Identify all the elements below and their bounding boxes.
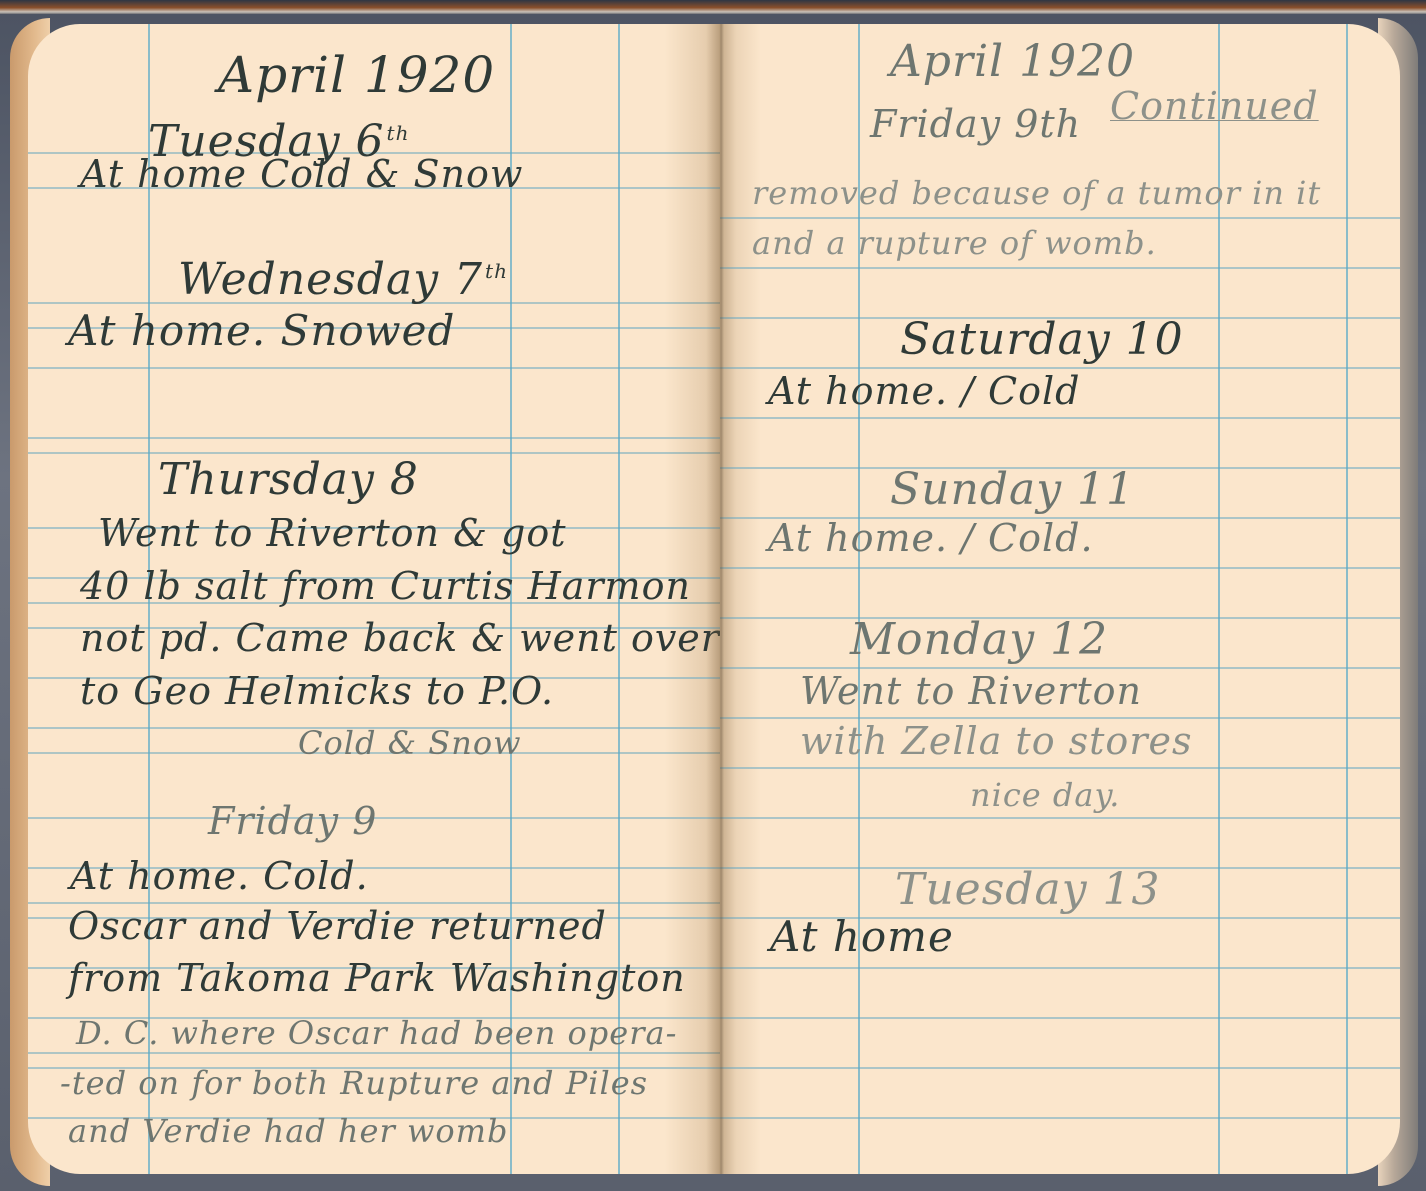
entry-day-heading: Sunday 11: [890, 464, 1135, 515]
ruled-line: [720, 1017, 1400, 1019]
top-edge: [0, 0, 1426, 14]
ruled-line: [28, 367, 720, 369]
page-header: April 1920: [890, 36, 1135, 87]
entry-text: Went to Riverton: [800, 669, 1142, 713]
entry-text: At home. / Cold.: [768, 516, 1094, 560]
entry-day-heading: Monday 12: [850, 614, 1108, 665]
ruled-line: [720, 967, 1400, 969]
entry-text: and a rupture of womb.: [752, 224, 1157, 262]
right-page: April 1920 Friday 9th Continued removed …: [720, 24, 1400, 1174]
ruled-line: [28, 437, 720, 439]
entry-text: with Zella to stores: [800, 719, 1192, 763]
continued-label: Continued: [1110, 84, 1319, 128]
entry-text: At home: [770, 912, 954, 961]
ruled-line: [720, 217, 1400, 219]
entry-text: -ted on for both Rupture and Piles: [60, 1064, 648, 1102]
entry-text: At home. Snowed: [68, 306, 455, 355]
left-page: April 1920 Tuesday 6th At home Cold & Sn…: [28, 24, 720, 1174]
entry-text: 40 lb salt from Curtis Harmon: [80, 564, 691, 608]
entry-text: from Takoma Park Washington: [68, 956, 686, 1000]
ruled-line: [720, 417, 1400, 419]
ruled-line: [720, 1117, 1400, 1119]
entry-text: removed because of a tumor in it: [752, 174, 1321, 212]
entry-text: Oscar and Verdie returned: [68, 904, 607, 948]
ruled-line: [720, 267, 1400, 269]
entry-text: At home. / Cold: [768, 369, 1080, 413]
entry-text: not pd. Came back & went over: [80, 616, 720, 660]
entry-text: D. C. where Oscar had been opera-: [76, 1014, 677, 1052]
ruled-line: [720, 1067, 1400, 1069]
page-header: April 1920: [218, 46, 495, 104]
entry-text: At home. Cold.: [70, 854, 369, 898]
ruled-line: [720, 817, 1400, 819]
entry-text: and Verdie had her womb: [68, 1112, 508, 1150]
ruled-line: [720, 567, 1400, 569]
entry-text: At home Cold & Snow: [80, 152, 523, 196]
ruled-line: [720, 767, 1400, 769]
entry-day-heading: Wednesday 7th: [178, 254, 508, 305]
entry-text: nice day.: [970, 776, 1120, 814]
open-diary: April 1920 Tuesday 6th At home Cold & Sn…: [10, 14, 1418, 1186]
entry-day-heading: Friday 9: [208, 799, 377, 843]
continued-day-label: Friday 9th: [870, 102, 1081, 146]
entry-day-heading: Tuesday 13: [895, 864, 1161, 915]
column-line: [1346, 24, 1348, 1174]
entry-day-heading: Thursday 8: [158, 454, 419, 505]
entry-text: Went to Riverton & got: [98, 511, 566, 555]
entry-day-heading: Saturday 10: [900, 314, 1184, 365]
entry-text: Cold & Snow: [298, 724, 521, 762]
entry-text: to Geo Helmicks to P.O.: [80, 669, 554, 713]
